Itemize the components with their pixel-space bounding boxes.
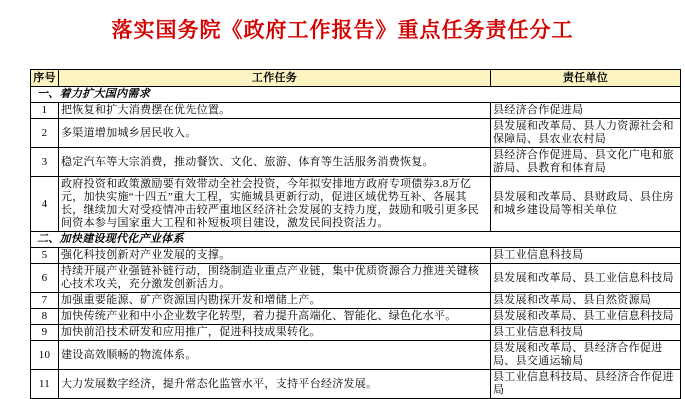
task-cell: 多渠道增加城乡居民收入。 [59,119,491,148]
unit-cell: 县工业信息科技局 [491,325,681,341]
row-number-cell: 7 [31,293,59,309]
task-row: 5强化科技创新对产业发展的支撑。县工业信息科技局 [31,248,681,264]
unit-cell: 县经济合作促进局 [491,103,681,119]
unit-cell: 县发展和改革局、县经济合作促进局、县交通运输局 [491,341,681,370]
document-page: 落实国务院《政府工作报告》重点任务责任分工 序号 工作任务 责任单位 一、着力扩… [0,14,685,399]
unit-cell: 县经济合作促进局、县文化广电和旅游局、县教育和体育局 [491,148,681,177]
task-row: 2多渠道增加城乡居民收入。县发展和改革局、县人力资源社会和保障局、县农业农村局 [31,119,681,148]
task-row: 10建设高效顺畅的物流体系。县发展和改革局、县经济合作促进局、县交通运输局 [31,341,681,370]
unit-cell: 县工业信息科技局 [491,248,681,264]
table-header: 序号 工作任务 责任单位 [31,70,681,87]
section-row: 一、着力扩大国内需求 [31,87,681,103]
task-cell: 建设高效顺畅的物流体系。 [59,341,491,370]
task-row: 6持续开展产业强链补链行动，围绕制造业重点产业链，集中优质资源合力推进关键核心技… [31,264,681,293]
task-cell: 加快前沿技术研发和应用推广，促进科技成果转化。 [59,325,491,341]
task-cell: 持续开展产业强链补链行动，围绕制造业重点产业链，集中优质资源合力推进关键核心技术… [59,264,491,293]
task-row: 4政府投资和政策激励要有效带动全社会投资，今年拟安排地方政府专项债券3.8万亿元… [31,177,681,232]
task-row: 8加快传统产业和中小企业数字化转型，着力提升高端化、智能化、绿色化水平。县发展和… [31,309,681,325]
task-cell: 把恢复和扩大消费摆在优先位置。 [59,103,491,119]
row-number-cell: 8 [31,309,59,325]
task-row: 11大力发展数字经济，提升常态化监管水平，支持平台经济发展。县工业信息科技局、县… [31,370,681,399]
unit-cell: 县发展和改革局、县财政局、县住房和城乡建设局等相关单位 [491,177,681,232]
section-row: 二、加快建设现代化产业体系 [31,232,681,248]
task-cell: 政府投资和政策激励要有效带动全社会投资，今年拟安排地方政府专项债券3.8万亿元，… [59,177,491,232]
unit-cell: 县发展和改革局、县自然资源局 [491,293,681,309]
unit-cell: 县工业信息科技局、县经济合作促进局 [491,370,681,399]
task-cell: 加快传统产业和中小企业数字化转型，着力提升高端化、智能化、绿色化水平。 [59,309,491,325]
col-header-task: 工作任务 [59,70,491,87]
col-header-unit: 责任单位 [491,70,681,87]
task-table: 序号 工作任务 责任单位 一、着力扩大国内需求1把恢复和扩大消费摆在优先位置。县… [30,69,681,399]
section-label: 二、加快建设现代化产业体系 [31,232,681,248]
col-header-no: 序号 [31,70,59,87]
task-row: 7加强重要能源、矿产资源国内勘探开发和增储上产。县发展和改革局、县自然资源局 [31,293,681,309]
page-title: 落实国务院《政府工作报告》重点任务责任分工 [0,14,685,44]
row-number-cell: 2 [31,119,59,148]
section-label: 一、着力扩大国内需求 [31,87,681,103]
task-cell: 大力发展数字经济，提升常态化监管水平，支持平台经济发展。 [59,370,491,399]
row-number-cell: 1 [31,103,59,119]
task-cell: 强化科技创新对产业发展的支撑。 [59,248,491,264]
unit-cell: 县发展和改革局、县工业信息科技局 [491,309,681,325]
row-number-cell: 6 [31,264,59,293]
table-body: 一、着力扩大国内需求1把恢复和扩大消费摆在优先位置。县经济合作促进局2多渠道增加… [31,87,681,399]
task-cell: 稳定汽车等大宗消费，推动餐饮、文化、旅游、体育等生活服务消费恢复。 [59,148,491,177]
task-row: 1把恢复和扩大消费摆在优先位置。县经济合作促进局 [31,103,681,119]
unit-cell: 县发展和改革局、县人力资源社会和保障局、县农业农村局 [491,119,681,148]
row-number-cell: 4 [31,177,59,232]
task-cell: 加强重要能源、矿产资源国内勘探开发和增储上产。 [59,293,491,309]
row-number-cell: 9 [31,325,59,341]
row-number-cell: 3 [31,148,59,177]
unit-cell: 县发展和改革局、县工业信息科技局 [491,264,681,293]
header-row: 序号 工作任务 责任单位 [31,70,681,87]
task-row: 3稳定汽车等大宗消费，推动餐饮、文化、旅游、体育等生活服务消费恢复。县经济合作促… [31,148,681,177]
row-number-cell: 5 [31,248,59,264]
row-number-cell: 11 [31,370,59,399]
row-number-cell: 10 [31,341,59,370]
task-row: 9加快前沿技术研发和应用推广，促进科技成果转化。县工业信息科技局 [31,325,681,341]
